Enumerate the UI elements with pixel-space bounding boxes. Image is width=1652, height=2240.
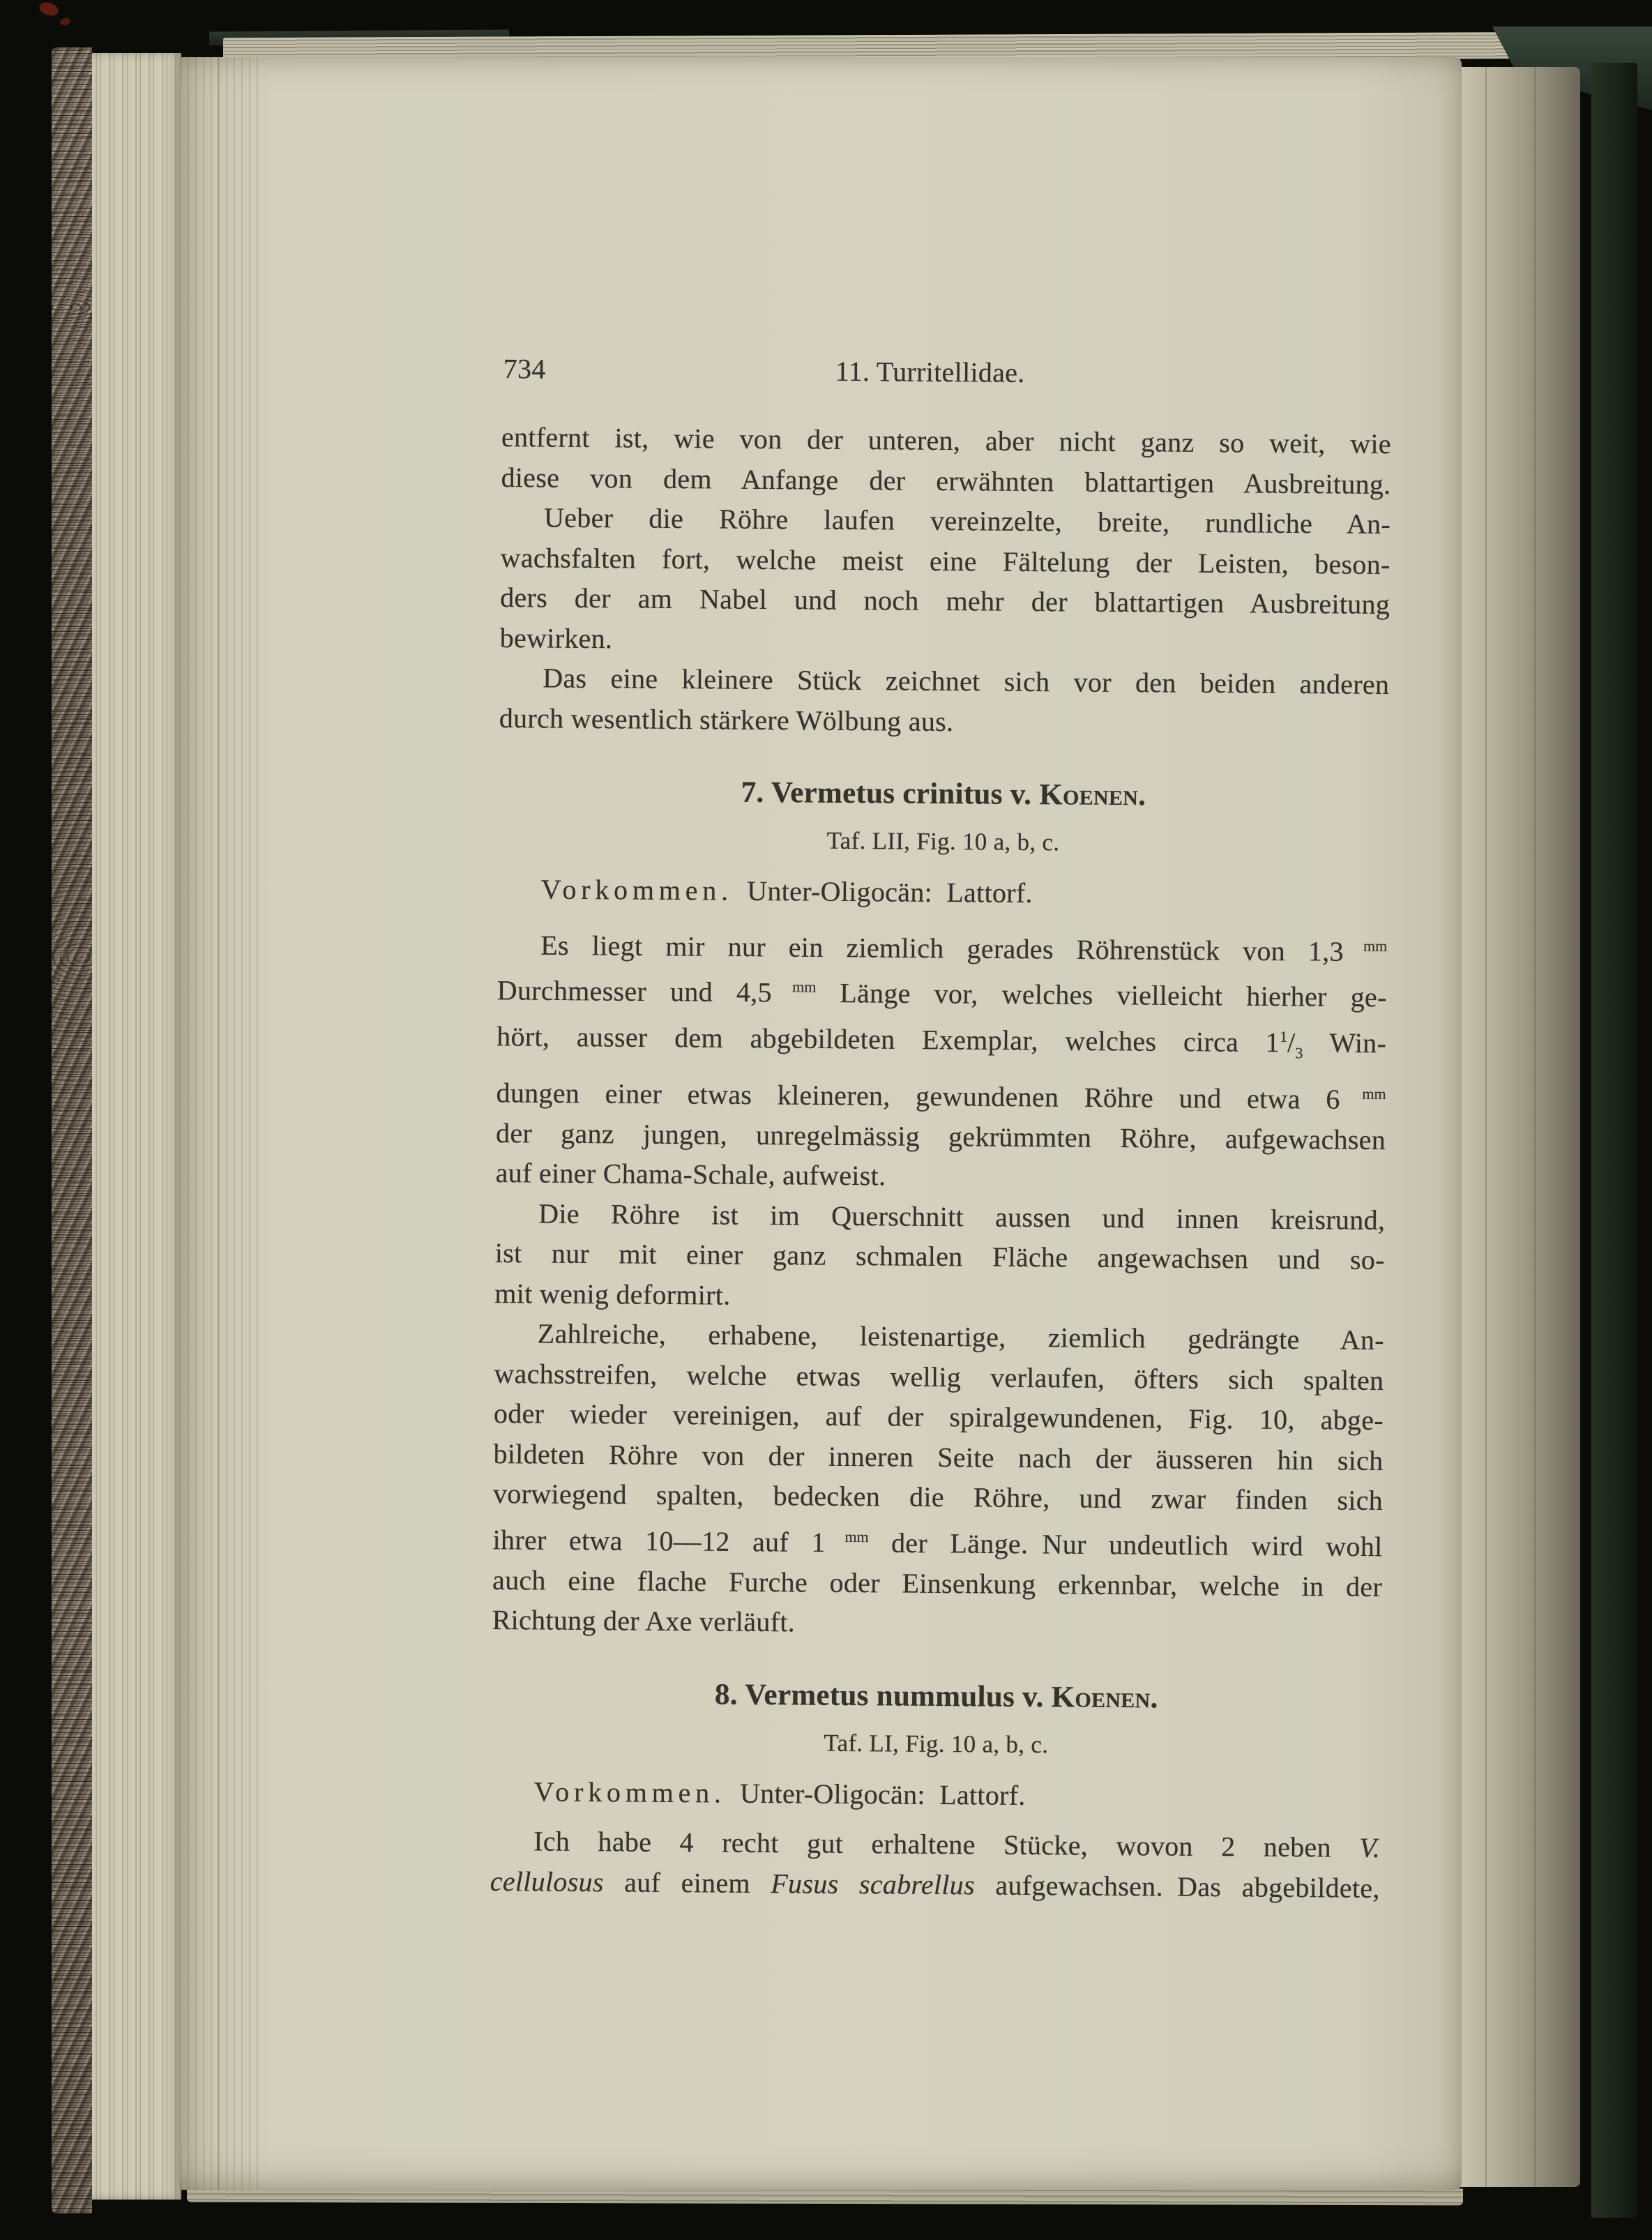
text-segment: . [1138, 779, 1146, 812]
text-line: ihrer etwa 10—12 auf 1 mm der Länge. Nur… [492, 1514, 1382, 1567]
text-segment: bildeten Röhre von der inneren Seite nac… [493, 1438, 1383, 1476]
text-line: 7. Vermetus crinitus v. Koenen. [499, 770, 1388, 819]
text-line: cellulosus auf einem Fusus scabrellus au… [490, 1861, 1380, 1909]
text-line: durch wesentlich stärkere Wölbung aus. [499, 697, 1389, 745]
text-line: Es liegt mir nur ein ziemlich gerades Rö… [497, 918, 1387, 971]
text-segment: Unter-Oligocän: Lattorf. [726, 1777, 1026, 1810]
text-segment: Koenen [1039, 778, 1138, 812]
species-heading-8: 8. Vermetus nummulus v. Koenen. [492, 1672, 1381, 1721]
text-segment: Koenen [1051, 1681, 1150, 1714]
text-line: oder wieder vereinigen, auf der spiralge… [494, 1393, 1384, 1441]
running-head: 11. Turritellidae. [835, 351, 1025, 393]
figure-reference-8: Taf. LI, Fig. 10 a, b, c. [491, 1724, 1381, 1764]
text-segment: cellulosus [490, 1866, 604, 1898]
text-line: vorwiegend spalten, bedecken die Röhre, … [493, 1474, 1383, 1521]
occurrence-8: Vorkommen. Unter-Oligocän: Lattorf. [491, 1771, 1381, 1819]
species-heading-7: 7. Vermetus crinitus v. Koenen. [499, 770, 1388, 819]
text-segment: mit wenig deformirt. [494, 1278, 730, 1311]
text-line: 8. Vermetus nummulus v. Koenen. [492, 1672, 1381, 1721]
text-line: mit wenig deformirt. [494, 1273, 1384, 1321]
text-segment: 7. Vermetus crinitus v. [741, 776, 1040, 811]
text-segment: / [1287, 1027, 1296, 1058]
text-line: Das eine kleinere Stück zeichnet sich vo… [499, 658, 1389, 705]
text-line: Taf. LI, Fig. 10 a, b, c. [491, 1724, 1381, 1764]
text-line: diese von dem Anfange der erwähnten blat… [501, 457, 1390, 504]
text-line: Taf. LII, Fig. 10 a, b, c. [498, 822, 1388, 862]
text-segment: Taf. LI, Fig. 10 a, b, c. [824, 1729, 1048, 1758]
occurrence-7: Vorkommen. Unter-Oligocän: Lattorf. [498, 869, 1388, 916]
text-line: Vorkommen. Unter-Oligocän: Lattorf. [498, 869, 1388, 916]
text-segment: 3 [1295, 1044, 1303, 1061]
text-segment: Die Röhre ist im Querschnitt aussen und … [538, 1197, 1385, 1236]
text-line: dungen einer etwas kleineren, gewundenen… [496, 1067, 1386, 1120]
text-line: bildeten Röhre von der inneren Seite nac… [493, 1434, 1383, 1481]
red-ink-speck [59, 17, 71, 27]
text-segment: auch eine flache Furche oder Einsenkung … [492, 1564, 1382, 1603]
text-line: Vorkommen. Unter-Oligocän: Lattorf. [491, 1771, 1381, 1819]
page-text: 734 11. Turritellidae. entfernt ist, wie… [490, 349, 1392, 1908]
text-line: Die Röhre ist im Querschnitt aussen und … [495, 1193, 1385, 1241]
text-segment: wachsstreifen, welche etwas wellig verla… [494, 1358, 1384, 1396]
text-line: auf einer Chama-Schale, aufweist. [495, 1153, 1385, 1200]
text-segment: mm [826, 1528, 869, 1545]
text-segment: Vorkommen. [534, 1776, 726, 1808]
text-line: Richtung der Axe verläuft. [492, 1600, 1381, 1647]
book-page: 734 11. Turritellidae. entfernt ist, wie… [180, 57, 1462, 2190]
paragraph: Das eine kleinere Stück zeichnet sich vo… [499, 658, 1390, 745]
text-segment: Durchmesser und 4,5 [497, 975, 772, 1008]
text-segment: mm [1344, 937, 1388, 954]
scanned-book-photo: { "palette":{ "background":"#0b0b08", "p… [0, 0, 1652, 2240]
text-line: Ueber die Röhre laufen vereinzelte, brei… [501, 497, 1390, 545]
paragraph: Die Röhre ist im Querschnitt aussen und … [494, 1193, 1385, 1321]
text-segment: Ueber die Röhre laufen vereinzelte, brei… [544, 501, 1390, 540]
text-segment: Vorkommen. [541, 873, 733, 906]
text-segment: diese von dem Anfange der erwähnten blat… [501, 461, 1390, 499]
book-cover-right-edge [1591, 63, 1637, 2218]
text-segment: Es liegt mir nur ein ziemlich gerades Rö… [540, 929, 1344, 967]
text-segment: Das eine kleinere Stück zeichnet sich vo… [543, 662, 1389, 700]
text-segment: oder wieder vereinigen, auf der spiralge… [494, 1398, 1384, 1436]
paragraph: Zahlreiche, erhabene, leistenartige, zie… [492, 1313, 1384, 1647]
text-segment: ist nur mit einer ganz schmalen Fläche a… [495, 1237, 1385, 1276]
text-segment: vorwiegend spalten, bedecken die Röhre, … [493, 1478, 1383, 1516]
paragraph: Ich habe 4 recht gut erhaltene Stücke, w… [490, 1821, 1381, 1908]
right-page-fore-edge-stack [1460, 67, 1580, 2187]
text-segment: Unter-Oligocän: Lattorf. [733, 875, 1033, 909]
text-line: entfernt ist, wie von der unteren, aber … [501, 417, 1391, 464]
text-segment: Ich habe 4 recht gut erhaltene Stücke, w… [533, 1826, 1359, 1863]
text-segment: Richtung der Axe verläuft. [492, 1604, 796, 1637]
page-header: 734 11. Turritellidae. [502, 349, 1392, 396]
text-segment: aufgewachsen. Das abgebildete, [975, 1869, 1380, 1904]
text-line: der ganz jungen, unregelmässig gekrümmte… [496, 1113, 1386, 1160]
paragraph: Ueber die Röhre laufen vereinzelte, brei… [500, 497, 1391, 665]
text-segment: mm [1340, 1084, 1386, 1103]
text-line: hört, ausser dem abgebildeten Exemplar, … [497, 1011, 1387, 1074]
text-segment: durch wesentlich stärkere Wölbung aus. [499, 702, 954, 736]
text-line: Durchmesser und 4,5 mm Länge vor, welche… [497, 964, 1387, 1017]
text-segment: bewirken. [500, 621, 613, 653]
text-segment: Zahlreiche, erhabene, leistenartige, zie… [538, 1318, 1384, 1356]
text-segment: dungen einer etwas kleineren, gewundenen… [496, 1077, 1340, 1115]
red-ink-speck [38, 0, 60, 18]
text-segment: Länge vor, welches vielleicht hierher ge… [816, 977, 1387, 1013]
text-segment: entfernt ist, wie von der unteren, aber … [501, 421, 1391, 460]
text-line: ist nur mit einer ganz schmalen Fläche a… [495, 1233, 1385, 1280]
text-segment: Fusus scabrellus [771, 1868, 975, 1900]
text-segment: auf einer Chama-Schale, aufweist. [496, 1157, 886, 1191]
text-body: entfernt ist, wie von der unteren, aber … [490, 417, 1392, 1908]
text-segment: 8. Vermetus nummulus v. [715, 1678, 1052, 1713]
text-segment: ders der am Nabel und noch mehr der blat… [500, 582, 1390, 620]
text-segment: Win- [1303, 1027, 1386, 1059]
paragraph: Es liegt mir nur ein ziemlich gerades Rö… [495, 918, 1387, 1200]
text-line: Zahlreiche, erhabene, leistenartige, zie… [494, 1313, 1384, 1361]
text-segment: mm [772, 978, 817, 995]
text-segment: V. [1359, 1832, 1380, 1863]
text-line: bewirken. [500, 617, 1390, 665]
text-segment: Taf. LII, Fig. 10 a, b, c. [826, 827, 1059, 856]
text-segment: 1 [1280, 1028, 1287, 1045]
text-line: wachsstreifen, welche etwas wellig verla… [494, 1354, 1384, 1401]
text-line: ders der am Nabel und noch mehr der blat… [500, 577, 1390, 625]
text-segment: der ganz jungen, unregelmässig gekrümmte… [496, 1117, 1386, 1156]
text-segment: wachsfalten fort, welche meist eine Fält… [500, 541, 1390, 580]
text-segment: auf einem [604, 1866, 771, 1899]
figure-reference-7: Taf. LII, Fig. 10 a, b, c. [498, 822, 1388, 862]
marbled-cover-left-edge [52, 47, 92, 2213]
paragraph-continuation: entfernt ist, wie von der unteren, aber … [501, 417, 1391, 504]
text-segment: hört, ausser dem abgebildeten Exemplar, … [497, 1020, 1280, 1058]
text-line: auch eine flache Furche oder Einsenkung … [492, 1560, 1382, 1607]
page-number: 734 [503, 349, 546, 389]
left-page-edge-stack [92, 53, 181, 2200]
text-line: Ich habe 4 recht gut erhaltene Stücke, w… [490, 1821, 1380, 1868]
text-segment: . [1150, 1681, 1158, 1714]
text-segment: der Länge. Nur undeutlich wird wohl [869, 1527, 1383, 1562]
text-line: wachsfalten fort, welche meist eine Fält… [500, 537, 1390, 584]
text-segment: ihrer etwa 10—12 auf 1 [492, 1524, 826, 1558]
